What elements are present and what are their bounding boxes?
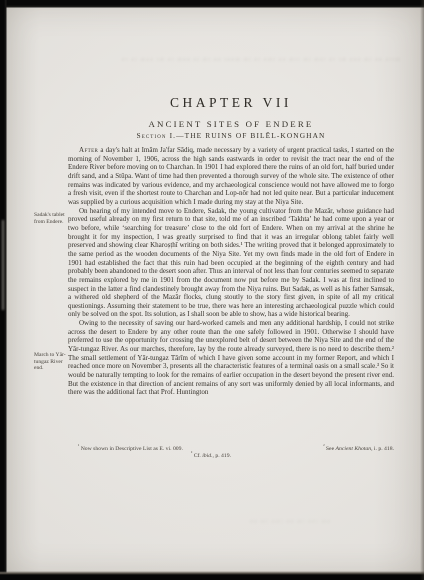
paragraph-3: Owing to the necessity of saving our har… bbox=[68, 319, 394, 397]
subsection-label: Section bbox=[137, 131, 167, 140]
footnote-2: ² See Ancient Khotan, i. p. 418. bbox=[323, 446, 394, 453]
scan-edge-bottom bbox=[0, 571, 424, 580]
scan-edge-top bbox=[0, 0, 424, 8]
scan-edge-right bbox=[420, 0, 424, 580]
footnote-2-pre: See bbox=[326, 446, 336, 452]
footnote-2-post: , i. p. 418. bbox=[371, 446, 394, 452]
footnote-3-marker: ³ bbox=[191, 450, 192, 455]
footnote-row-1: ¹ Now shown in Descriptive List as E. vi… bbox=[68, 446, 394, 453]
chapter-heading: CHAPTER VII bbox=[68, 95, 394, 111]
body-text: After a day's halt at Imām Ja'far Sādiq,… bbox=[68, 146, 394, 397]
paragraph-2: On hearing of my intended move to Endere… bbox=[68, 207, 394, 320]
paragraph-1-lead: After bbox=[79, 146, 98, 154]
footnote-1-marker: ¹ bbox=[78, 443, 79, 448]
footnote-1: ¹ Now shown in Descriptive List as E. vi… bbox=[68, 446, 183, 453]
footnotes: ¹ Now shown in Descriptive List as E. vi… bbox=[68, 446, 394, 460]
subsection-title: I.—THE RUINS OF BILĒL-KONGHAN bbox=[167, 131, 326, 140]
paragraph-1: After a day's halt at Imām Ja'far Sādiq,… bbox=[68, 146, 394, 207]
subsection-heading: Section I.—THE RUINS OF BILĒL-KONGHAN bbox=[68, 131, 394, 140]
footnote-row-2: ³ Cf. ibid., p. 419. bbox=[68, 453, 394, 460]
footnote-3: ³ Cf. ibid., p. 419. bbox=[191, 453, 231, 459]
footnote-2-work-title: Ancient Khotan bbox=[336, 446, 372, 452]
section-heading: ANCIENT SITES OF ENDERE bbox=[68, 119, 394, 129]
footnote-3-ibid: ibid. bbox=[202, 453, 212, 459]
margin-note-march-yartungaz: March to Yār-tungaz River end. bbox=[34, 352, 67, 372]
scan-edge-left bbox=[0, 0, 7, 580]
scanned-book-page: mrrn nn im nnu mr rn tnm im rrm nn tmn r… bbox=[0, 0, 424, 580]
paragraph-1-text: a day's halt at Imām Ja'far Sādiq, made … bbox=[68, 146, 394, 206]
margin-note-sadaks-tablet: Sadak's tablet from Endere. bbox=[34, 212, 67, 225]
footnote-2-marker: ² bbox=[323, 443, 324, 448]
footnote-1-text: Now shown in Descriptive List as E. vi. … bbox=[81, 446, 183, 452]
footnote-3-post: , p. 419. bbox=[213, 453, 231, 459]
footnote-3-pre: Cf. bbox=[194, 453, 203, 459]
